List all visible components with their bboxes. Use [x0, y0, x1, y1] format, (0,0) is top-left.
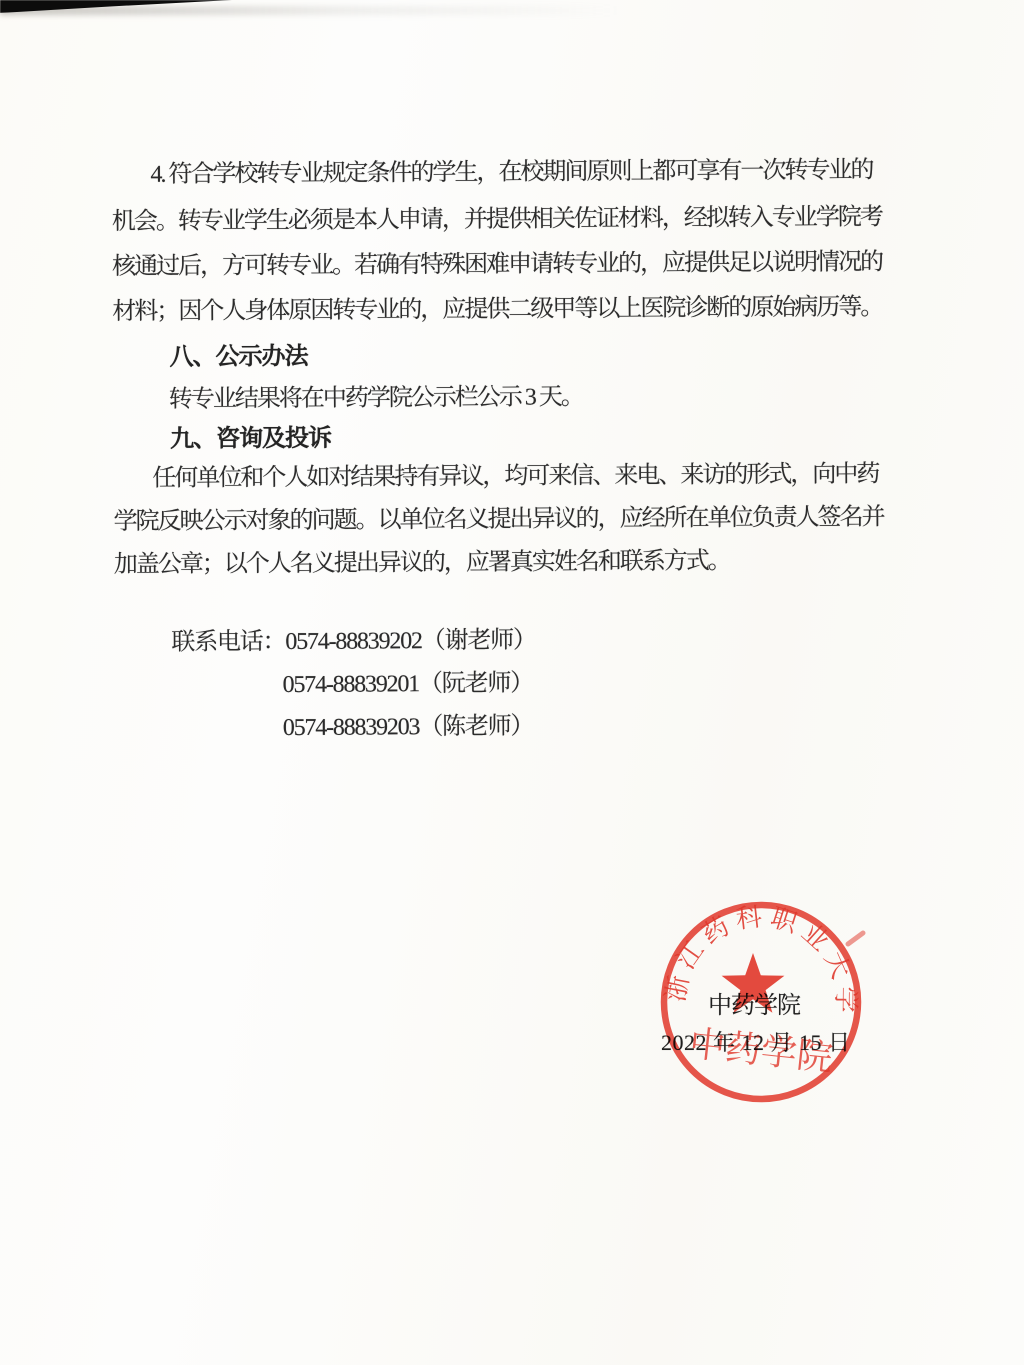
contact-line2: 0574-88839201（阮老师）: [283, 668, 534, 700]
section9-line1: 任何单位和个人如对结果持有异议，均可来信、来电、来访的形式，向中药: [152, 459, 878, 493]
section8-body: 转专业结果将在中药学院公示栏公示 3 天。: [169, 382, 583, 415]
contact-phone-2: 0574-88839201（阮老师）: [283, 670, 534, 698]
signature-date: 2022 年 12 月 15 日: [661, 1026, 851, 1057]
paragraph4-line2: 机会。转专业学生必须是本人申请，并提供相关佐证材料，经拟转入专业学院考: [112, 202, 882, 237]
contact-phone-1: 0574-88839202（谢老师）: [285, 627, 536, 655]
contact-label: 联系电话：: [171, 629, 285, 656]
section9-heading: 九、咨询及投诉: [170, 424, 331, 455]
paragraph4-line3: 核通过后，方可转专业。若确有特殊困难申请转专业的，应提供足以说明情况的: [112, 247, 882, 282]
contact-line1: 联系电话：0574-88839202（谢老师）: [171, 625, 536, 657]
section8-heading: 八、公示办法: [170, 342, 308, 373]
paragraph4-line1: 4. 符合学校转专业规定条件的学生，在校期间原则上都可享有一次转专业的: [150, 155, 872, 189]
paragraph4-line4: 材料；因个人身体原因转专业的，应提供二级甲等以上医院诊断的原始病历等。: [112, 292, 882, 327]
section9-line3: 加盖公章；以个人名义提出异议的，应署真实姓名和联系方式。: [114, 546, 730, 580]
signature-unit: 中药学院: [708, 985, 800, 1020]
scanned-document-page: 浙江药科职业大学 中药学院 4. 符合学校转专业规定条件的学生，在校期间原则上都…: [0, 0, 1024, 1365]
contact-phone-3: 0574-88839203（陈老师）: [283, 713, 534, 741]
contact-line3: 0574-88839203（陈老师）: [283, 711, 534, 743]
document-body: 4. 符合学校转专业规定条件的学生，在校期间原则上都可享有一次转专业的 机会。转…: [0, 0, 1024, 1365]
section9-line2: 学院反映公示对象的问题。以单位名义提出异议的，应经所在单位负责人签名并: [114, 502, 884, 537]
